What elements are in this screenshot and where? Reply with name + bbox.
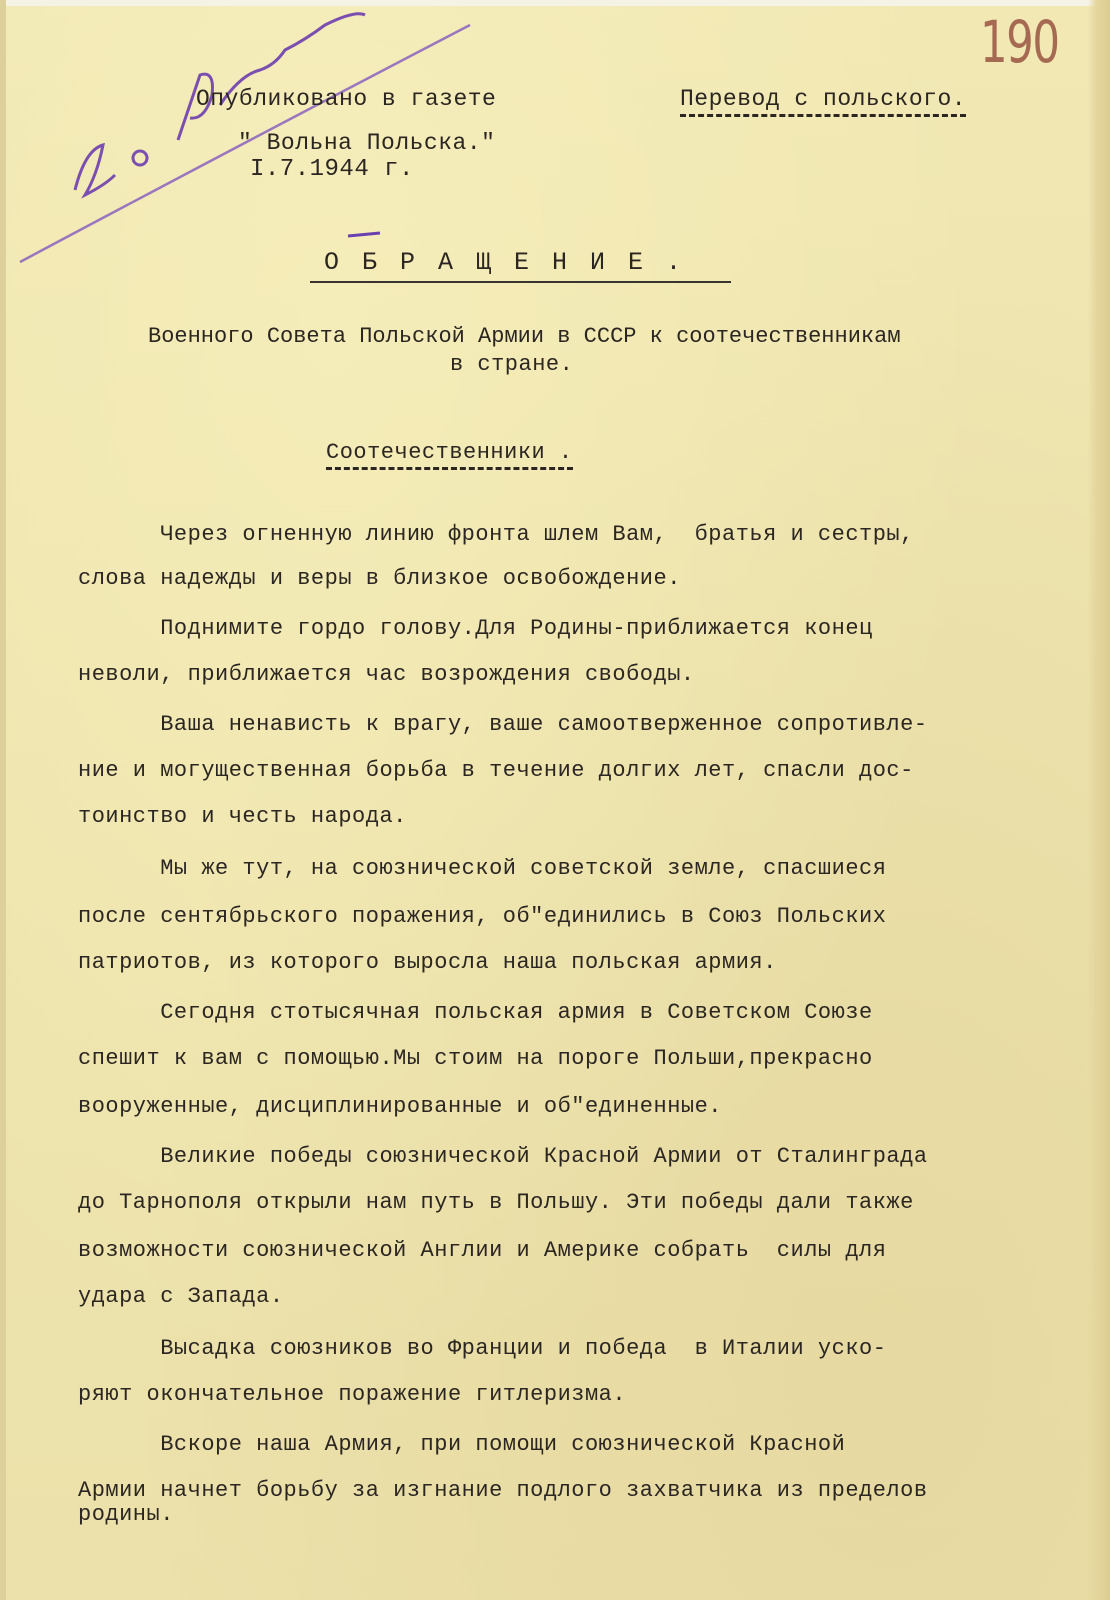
body-line: неволи, приближается час возрождения сво… xyxy=(78,662,695,687)
folio-number: 190 xyxy=(980,8,1059,76)
body-line: Поднимите гордо голову.Для Родины-прибли… xyxy=(78,616,873,641)
body-line: спешит к вам с помощью.Мы стоим на порог… xyxy=(78,1046,873,1071)
body-line: ряют окончательное поражение гитлеризма. xyxy=(78,1382,626,1407)
subtitle-line-1: Военного Совета Польской Армии в СССР к … xyxy=(148,324,901,349)
paper-edge-right xyxy=(1088,0,1110,1600)
document-title: О Б Р А Щ Е Н И Е . xyxy=(310,248,731,283)
newspaper-name: " Вольна Польска." xyxy=(238,130,495,156)
body-line: Армии начнет борьбу за изгнание подлого … xyxy=(78,1478,928,1503)
body-line: удара с Запада. xyxy=(78,1284,284,1309)
body-line: Высадка союзников во Франции и победа в … xyxy=(78,1336,886,1361)
published-in-newspaper: Опубликовано в газете xyxy=(196,86,496,112)
body-line: Мы же тут, на союзнической советской зем… xyxy=(78,856,886,881)
body-line: Через огненную линию фронта шлем Вам, бр… xyxy=(78,522,914,547)
translation-note: Перевод с польского. xyxy=(680,86,966,117)
subtitle-line-2: в стране. xyxy=(450,352,573,377)
body-line: после сентябрьского поражения, об"единил… xyxy=(78,904,886,929)
body-line: родины. xyxy=(78,1502,174,1527)
body-line: Вскоре наша Армия, при помощи союзническ… xyxy=(78,1432,845,1457)
body-line: патриотов, из которого выросла наша поль… xyxy=(78,950,777,975)
document-page: Опубликовано в газете " Вольна Польска."… xyxy=(0,0,1110,1600)
body-line: ние и могущественная борьба в течение до… xyxy=(78,758,914,783)
body-line: до Тарнополя открыли нам путь в Польшу. … xyxy=(78,1190,914,1215)
salutation: Соотечественники . xyxy=(326,440,573,470)
body-line: возможности союзнической Англии и Америк… xyxy=(78,1238,886,1263)
body-line: Сегодня стотысячная польская армия в Сов… xyxy=(78,1000,873,1025)
body-line: вооруженные, дисциплинированные и об"еди… xyxy=(78,1094,722,1119)
body-line: Великие победы союзнической Красной Арми… xyxy=(78,1144,928,1169)
publication-date: I.7.1944 г. xyxy=(250,156,414,183)
body-line: Ваша ненависть к врагу, ваше самоотверже… xyxy=(78,712,928,737)
body-line: слова надежды и веры в близкое освобожде… xyxy=(78,566,681,591)
body-line: тоинство и честь народа. xyxy=(78,804,407,829)
